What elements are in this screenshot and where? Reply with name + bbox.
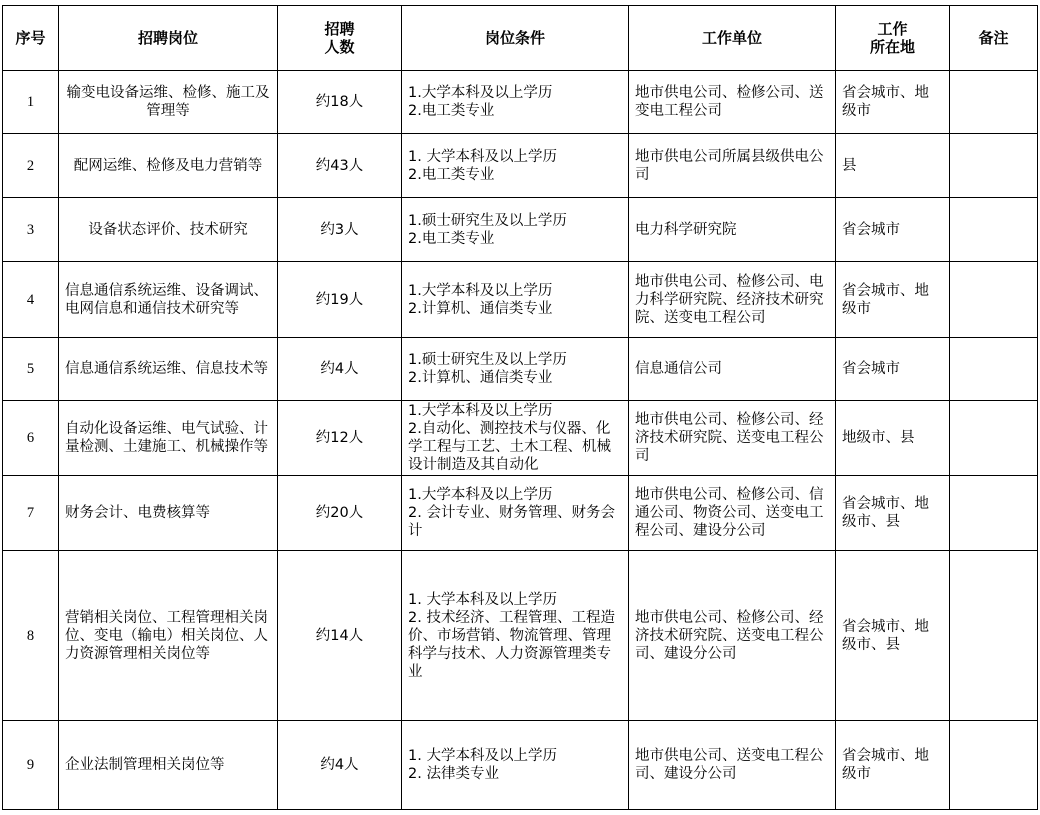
cell-position: 自动化设备运维、电气试验、计量检测、土建施工、机械操作等 [59, 401, 278, 476]
cell-requirements: 1.硕士研究生及以上学历 2.计算机、通信类专业 [402, 338, 629, 401]
requirement-education: 1.大学本科及以上学历 [408, 402, 622, 420]
header-unit: 工作单位 [629, 6, 836, 71]
cell-no: 1 [3, 71, 59, 134]
cell-requirements: 1. 大学本科及以上学历 2. 技术经济、工程管理、工程造价、市场营销、物流管理… [402, 551, 629, 721]
cell-unit: 地市供电公司、检修公司、经济技术研究院、送变电工程公司、建设分公司 [629, 551, 836, 721]
cell-count: 约12人 [278, 401, 402, 476]
cell-unit: 地市供电公司所属县级供电公司 [629, 134, 836, 198]
cell-location: 省会城市、地级市 [836, 71, 950, 134]
table-row: 9 企业法制管理相关岗位等 约4人 1. 大学本科及以上学历 2. 法律类专业 … [3, 721, 1038, 810]
table-row: 8 营销相关岗位、工程管理相关岗位、变电（输电）相关岗位、人力资源管理相关岗位等… [3, 551, 1038, 721]
table-row: 3 设备状态评价、技术研究 约3人 1.硕士研究生及以上学历 2.电工类专业 电… [3, 198, 1038, 262]
cell-requirements: 1.大学本科及以上学历 2. 会计专业、财务管理、财务会计 [402, 476, 629, 551]
requirement-education: 1.大学本科及以上学历 [408, 486, 622, 504]
header-position: 招聘岗位 [59, 6, 278, 71]
header-note: 备注 [950, 6, 1038, 71]
requirement-education: 1. 大学本科及以上学历 [408, 148, 622, 166]
cell-note [950, 71, 1038, 134]
table-row: 2 配网运维、检修及电力营销等 约43人 1. 大学本科及以上学历 2.电工类专… [3, 134, 1038, 198]
cell-note [950, 338, 1038, 401]
cell-unit: 地市供电公司、检修公司、电力科学研究院、经济技术研究院、送变电工程公司 [629, 262, 836, 338]
cell-location: 省会城市 [836, 338, 950, 401]
cell-count: 约3人 [278, 198, 402, 262]
header-location-line2: 所在地 [842, 38, 943, 56]
header-count-line1: 招聘 [284, 20, 395, 38]
cell-no: 6 [3, 401, 59, 476]
requirement-major: 2.计算机、通信类专业 [408, 300, 622, 318]
cell-no: 3 [3, 198, 59, 262]
requirement-major: 2.电工类专业 [408, 230, 622, 248]
cell-position: 信息通信系统运维、设备调试、电网信息和通信技术研究等 [59, 262, 278, 338]
cell-unit: 地市供电公司、检修公司、送变电工程公司 [629, 71, 836, 134]
recruitment-table: 序号 招聘岗位 招聘 人数 岗位条件 工作单位 工作 所在地 备注 1 输变电设… [2, 5, 1038, 810]
cell-note [950, 134, 1038, 198]
cell-location: 省会城市、地级市、县 [836, 551, 950, 721]
requirement-education: 1. 大学本科及以上学历 [408, 747, 622, 765]
cell-note [950, 198, 1038, 262]
cell-requirements: 1.大学本科及以上学历 2.计算机、通信类专业 [402, 262, 629, 338]
requirement-major: 2.电工类专业 [408, 102, 622, 120]
cell-note [950, 551, 1038, 721]
table-row: 7 财务会计、电费核算等 约20人 1.大学本科及以上学历 2. 会计专业、财务… [3, 476, 1038, 551]
cell-note [950, 476, 1038, 551]
table-row: 6 自动化设备运维、电气试验、计量检测、土建施工、机械操作等 约12人 1.大学… [3, 401, 1038, 476]
cell-position: 企业法制管理相关岗位等 [59, 721, 278, 810]
cell-count: 约18人 [278, 71, 402, 134]
cell-location: 省会城市、地级市 [836, 721, 950, 810]
requirement-education: 1.硕士研究生及以上学历 [408, 351, 622, 369]
cell-position: 设备状态评价、技术研究 [59, 198, 278, 262]
cell-count: 约14人 [278, 551, 402, 721]
cell-position: 营销相关岗位、工程管理相关岗位、变电（输电）相关岗位、人力资源管理相关岗位等 [59, 551, 278, 721]
cell-count: 约43人 [278, 134, 402, 198]
table-row: 4 信息通信系统运维、设备调试、电网信息和通信技术研究等 约19人 1.大学本科… [3, 262, 1038, 338]
cell-location: 省会城市 [836, 198, 950, 262]
requirement-major: 2.电工类专业 [408, 166, 622, 184]
cell-no: 8 [3, 551, 59, 721]
cell-count: 约4人 [278, 721, 402, 810]
requirement-major: 2. 技术经济、工程管理、工程造价、市场营销、物流管理、管理科学与技术、人力资源… [408, 609, 622, 681]
table-row: 5 信息通信系统运维、信息技术等 约4人 1.硕士研究生及以上学历 2.计算机、… [3, 338, 1038, 401]
requirement-education: 1.硕士研究生及以上学历 [408, 212, 622, 230]
header-requirements: 岗位条件 [402, 6, 629, 71]
cell-requirements: 1. 大学本科及以上学历 2. 法律类专业 [402, 721, 629, 810]
cell-position: 配网运维、检修及电力营销等 [59, 134, 278, 198]
cell-requirements: 1.硕士研究生及以上学历 2.电工类专业 [402, 198, 629, 262]
cell-requirements: 1.大学本科及以上学历 2.电工类专业 [402, 71, 629, 134]
header-count-line2: 人数 [284, 38, 395, 56]
cell-no: 9 [3, 721, 59, 810]
header-no: 序号 [3, 6, 59, 71]
requirement-education: 1.大学本科及以上学历 [408, 282, 622, 300]
cell-location: 县 [836, 134, 950, 198]
header-location: 工作 所在地 [836, 6, 950, 71]
cell-unit: 信息通信公司 [629, 338, 836, 401]
cell-location: 省会城市、地级市 [836, 262, 950, 338]
requirement-education: 1. 大学本科及以上学历 [408, 591, 622, 609]
cell-requirements: 1.大学本科及以上学历 2.自动化、测控技术与仪器、化学工程与工艺、土木工程、机… [402, 401, 629, 476]
cell-position: 信息通信系统运维、信息技术等 [59, 338, 278, 401]
cell-location: 地级市、县 [836, 401, 950, 476]
requirement-major: 2.计算机、通信类专业 [408, 369, 622, 387]
header-count: 招聘 人数 [278, 6, 402, 71]
header-row: 序号 招聘岗位 招聘 人数 岗位条件 工作单位 工作 所在地 备注 [3, 6, 1038, 71]
cell-position: 输变电设备运维、检修、施工及管理等 [59, 71, 278, 134]
requirement-major: 2. 法律类专业 [408, 765, 622, 783]
requirement-major: 2.自动化、测控技术与仪器、化学工程与工艺、土木工程、机械设计制造及其自动化 [408, 420, 622, 474]
cell-requirements: 1. 大学本科及以上学历 2.电工类专业 [402, 134, 629, 198]
requirement-education: 1.大学本科及以上学历 [408, 84, 622, 102]
cell-note [950, 262, 1038, 338]
cell-unit: 电力科学研究院 [629, 198, 836, 262]
cell-no: 7 [3, 476, 59, 551]
requirement-major: 2. 会计专业、财务管理、财务会计 [408, 504, 622, 540]
cell-unit: 地市供电公司、检修公司、信通公司、物资公司、送变电工程公司、建设分公司 [629, 476, 836, 551]
cell-no: 5 [3, 338, 59, 401]
cell-unit: 地市供电公司、检修公司、经济技术研究院、送变电工程公司 [629, 401, 836, 476]
cell-no: 4 [3, 262, 59, 338]
cell-unit: 地市供电公司、送变电工程公司、建设分公司 [629, 721, 836, 810]
cell-count: 约20人 [278, 476, 402, 551]
cell-note [950, 721, 1038, 810]
header-location-line1: 工作 [842, 20, 943, 38]
table-row: 1 输变电设备运维、检修、施工及管理等 约18人 1.大学本科及以上学历 2.电… [3, 71, 1038, 134]
cell-count: 约4人 [278, 338, 402, 401]
cell-no: 2 [3, 134, 59, 198]
cell-count: 约19人 [278, 262, 402, 338]
cell-location: 省会城市、地级市、县 [836, 476, 950, 551]
cell-position: 财务会计、电费核算等 [59, 476, 278, 551]
cell-note [950, 401, 1038, 476]
